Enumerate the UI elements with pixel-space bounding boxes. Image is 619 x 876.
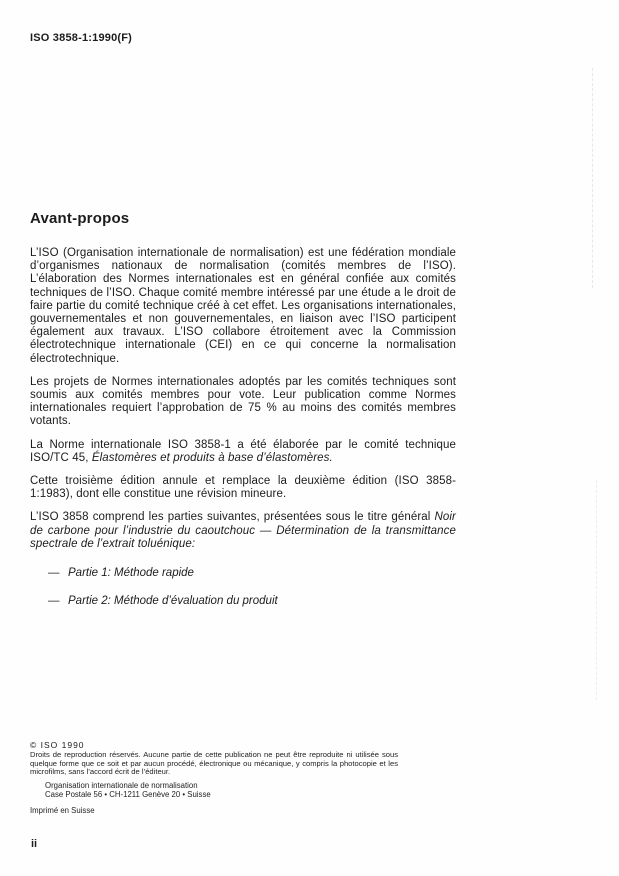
foreword-title: Avant-propos [30,210,456,227]
list-item-part-1: — Partie 1: Méthode rapide [48,567,456,580]
printed-in-notice: Imprimé en Suisse [30,806,430,815]
part-2-label: Partie 2: Méthode d’évaluation du produi… [68,595,278,608]
document-page: ISO 3858-1:1990(F) Avant-propos L’ISO (O… [0,0,619,876]
publisher-name: Organisation internationale de normalisa… [45,781,430,790]
scan-artifact [592,68,593,288]
parts-list: — Partie 1: Méthode rapide — Partie 2: M… [30,567,456,608]
foreword-section: Avant-propos L’ISO (Organisation interna… [30,210,456,623]
list-dash: — [48,595,68,608]
copyright-footer: © ISO 1990 Droits de reproduction réserv… [30,740,430,815]
copyright-notice: © ISO 1990 [30,740,430,750]
list-dash: — [48,567,68,580]
page-number: ii [31,838,37,850]
list-item-part-2: — Partie 2: Méthode d’évaluation du prod… [48,595,456,608]
part-1-label: Partie 1: Méthode rapide [68,567,194,580]
paragraph-3-committee-name: Élastomères et produits à base d’élastom… [92,452,333,464]
foreword-paragraph-5: L’ISO 3858 comprend les parties suivante… [30,511,456,551]
publisher-address: Case Postale 56 • CH-1211 Genève 20 • Su… [45,790,430,799]
foreword-paragraph-1: L’ISO (Organisation internationale de no… [30,247,456,366]
foreword-paragraph-4: Cette troisième édition annule et rempla… [30,475,456,501]
rights-notice: Droits de reproduction réservés. Aucune … [30,751,398,777]
foreword-paragraph-3: La Norme internationale ISO 3858-1 a été… [30,439,456,465]
scan-artifact [596,480,597,700]
paragraph-5-text: L’ISO 3858 comprend les parties suivante… [30,511,435,523]
document-reference: ISO 3858-1:1990(F) [30,32,132,44]
publisher-block: Organisation internationale de normalisa… [45,781,430,799]
foreword-paragraph-2: Les projets de Normes internationales ad… [30,376,456,429]
